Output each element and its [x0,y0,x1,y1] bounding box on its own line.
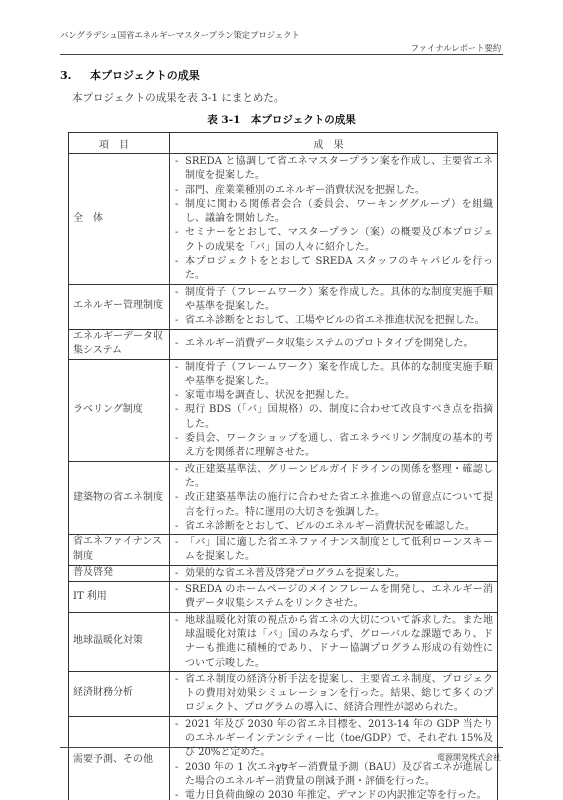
row-results: エネルギー消費データ収集システムのプロトタイプを開発した。 [170,329,498,359]
result-item: 地球温暖化対策の視点から省エネの大切について訴求した。また地球温暖化対策は「バ」… [175,614,493,671]
table-row: IT 利用SREDA のホームページのメインフレームを開発し、エネルギー消費デー… [69,582,498,613]
result-item: 省エネ診断をとおして、ビルのエネルギー消費状況を確認した。 [175,520,493,534]
row-results: 制度骨子（フレームワーク）案を作成した。具体的な制度実施手順や基準を提案した。家… [170,359,498,461]
results-list: SREDA のホームページのメインフレームを開発し、エネルギー消費データ収集シス… [175,583,493,612]
row-results: 「バ」国に適した省エネファイナンス制度として低利ローンスキームを提案した。 [170,535,498,566]
row-results: 地球温暖化対策の視点から省エネの大切について訴求した。また地球温暖化対策は「バ」… [170,612,498,671]
column-header-item: 項目 [69,133,170,154]
row-item-label: エネルギー管理制度 [69,284,170,329]
result-item: 電力日負荷曲線の 2030 年推定、デマンドの内訳推定等を行った。 [175,789,493,800]
result-item: 改正建築基準法、グリーンビルガイドラインの関係を整理・確認した。 [175,463,493,492]
result-item: SREDA と協調して省エネマスタープラン案を作成し、主要省エネ制度を提案した。 [175,155,493,184]
table-row: 経済財務分析省エネ制度の経済分析手法を提案し、主要省エネ制度、プロジェクトの費用… [69,671,498,716]
table-row: エネルギー管理制度制度骨子（フレームワーク）案を作成した。具体的な制度実施手順や… [69,284,498,329]
result-item: 「バ」国に適した省エネファイナンス制度として低利ローンスキームを提案した。 [175,536,493,565]
result-item: 委員会、ワークショップを通し、省エネラベリング制度の基本的考え方を関係者に理解さ… [175,432,493,461]
section-intro: 本プロジェクトの成果を表 3-1 にまとめた。 [72,90,284,105]
row-item-label: 全 体 [69,154,170,285]
result-item: セミナーをとおして、マスタープラン（案）の概要及び本プロジェクトの成果を「バ」国… [175,226,493,255]
row-item-label: 経済財務分析 [69,671,170,716]
row-results: SREDA のホームページのメインフレームを開発し、エネルギー消費データ収集シス… [170,582,498,613]
table-row: エネルギーデータ収集システムエネルギー消費データ収集システムのプロトタイプを開発… [69,329,498,359]
results-list: 効果的な省エネ普及啓発プログラムを提案した。 [175,567,493,581]
column-header-result: 成果 [170,133,498,154]
footer-divider [60,747,503,748]
results-list: 省エネ制度の経済分析手法を提案し、主要省エネ制度、プロジェクトの費用対効果シミュ… [175,673,493,716]
row-results: 制度骨子（フレームワーク）案を作成した。具体的な制度実施手順や基準を提案した。省… [170,284,498,329]
result-item: エネルギー消費データ収集システムのプロトタイプを開発した。 [175,337,493,351]
row-results: 省エネ制度の経済分析手法を提案し、主要省エネ制度、プロジェクトの費用対効果シミュ… [170,671,498,716]
row-results: 改正建築基準法、グリーンビルガイドラインの関係を整理・確認した。改正建築基準法の… [170,461,498,534]
result-item: 部門、産業業種別のエネルギー消費状況を把握した。 [175,184,493,198]
table-row: 需要予測、その他2021 年及び 2030 年の省エネ目標を、2013-14 年… [69,716,498,800]
row-item-label: 需要予測、その他 [69,716,170,800]
header-divider [60,54,503,55]
row-item-label: 省エネファイナンス制度 [69,535,170,566]
result-item: 改正建築基準法の施行に合わせた省エネ推進への留意点について提言を行った。特に運用… [175,491,493,520]
results-list: 地球温暖化対策の視点から省エネの大切について訴求した。また地球温暖化対策は「バ」… [175,614,493,671]
result-item: 効果的な省エネ普及啓発プログラムを提案した。 [175,567,493,581]
row-item-label: 地球温暖化対策 [69,612,170,671]
results-table: 項目 成果 全 体SREDA と協調して省エネマスタープラン案を作成し、主要省エ… [68,132,498,800]
row-item-label: 普及啓発 [69,565,170,581]
table-caption: 表 3-1 本プロジェクトの成果 [0,112,563,127]
result-item: 省エネ診断をとおして、工場やビルの省エネ推進状況を把握した。 [175,314,493,328]
results-list: 制度骨子（フレームワーク）案を作成した。具体的な制度実施手順や基準を提案した。家… [175,361,493,461]
results-list: エネルギー消費データ収集システムのプロトタイプを開発した。 [175,337,493,351]
table-header-row: 項目 成果 [69,133,498,154]
results-list: SREDA と協調して省エネマスタープラン案を作成し、主要省エネ制度を提案した。… [175,155,493,284]
result-item: 制度骨子（フレームワーク）案を作成した。具体的な制度実施手順や基準を提案した。 [175,361,493,390]
result-item: 現行 BDS（「バ」国規格）の、制度に合わせて改良すべき点を指摘した。 [175,403,493,432]
row-results: SREDA と協調して省エネマスタープラン案を作成し、主要省エネ制度を提案した。… [170,154,498,285]
result-item: 省エネ制度の経済分析手法を提案し、主要省エネ制度、プロジェクトの費用対効果シミュ… [175,673,493,716]
table-row: 省エネファイナンス制度「バ」国に適した省エネファイナンス制度として低利ローンスキ… [69,535,498,566]
document-header-subtitle: ファイナルレポート要約 [411,42,502,54]
row-item-label: ラベリング制度 [69,359,170,461]
section-title: 本プロジェクトの成果 [90,69,200,82]
table-row: 建築物の省エネ制度改正建築基準法、グリーンビルガイドラインの関係を整理・確認した… [69,461,498,534]
result-item: 本プロジェクトをとおして SREDA スタッフのキャパビルを行った。 [175,255,493,284]
table-row: 全 体SREDA と協調して省エネマスタープラン案を作成し、主要省エネ制度を提案… [69,154,498,285]
table-row: 普及啓発効果的な省エネ普及啓発プログラムを提案した。 [69,565,498,581]
result-item: 家電市場を調査し、状況を把握した。 [175,389,493,403]
document-header-title: バングラデシュ国省エネルギーマスタープラン策定プロジェクト [60,29,300,41]
row-item-label: IT 利用 [69,582,170,613]
result-item: SREDA のホームページのメインフレームを開発し、エネルギー消費データ収集シス… [175,583,493,612]
section-heading: 3.本プロジェクトの成果 [60,67,200,83]
results-list: 制度骨子（フレームワーク）案を作成した。具体的な制度実施手順や基準を提案した。省… [175,286,493,329]
footer-company: 電源開発株式会社 [437,752,501,763]
row-item-label: エネルギーデータ収集システム [69,329,170,359]
result-item: 制度に関わる関係者会合（委員会、ワーキンググループ）を組織し、議論を開始した。 [175,198,493,227]
section-number: 3. [60,69,90,82]
row-item-label: 建築物の省エネ制度 [69,461,170,534]
result-item: 制度骨子（フレームワーク）案を作成した。具体的な制度実施手順や基準を提案した。 [175,286,493,315]
results-list: 改正建築基準法、グリーンビルガイドラインの関係を整理・確認した。改正建築基準法の… [175,463,493,534]
results-list: 「バ」国に適した省エネファイナンス制度として低利ローンスキームを提案した。 [175,536,493,565]
table-row: ラベリング制度制度骨子（フレームワーク）案を作成した。具体的な制度実施手順や基準… [69,359,498,461]
page-number: 17 [0,763,563,775]
row-results: 効果的な省エネ普及啓発プログラムを提案した。 [170,565,498,581]
table-row: 地球温暖化対策地球温暖化対策の視点から省エネの大切について訴求した。また地球温暖… [69,612,498,671]
